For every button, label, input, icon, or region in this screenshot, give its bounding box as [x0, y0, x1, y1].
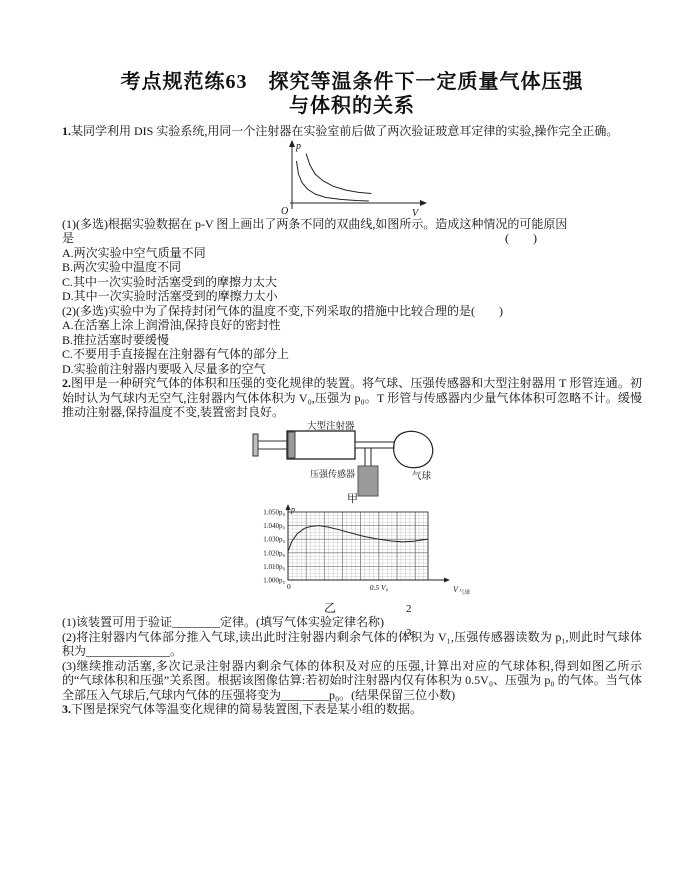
graph2-caption: 乙 — [240, 601, 420, 616]
title-line-2: 与体积的关系 — [62, 94, 642, 118]
q1-sub2-option-d: D.实验前注射器内要吸入尽量多的空气 — [62, 362, 642, 377]
question-3-number: 3. — [62, 702, 71, 716]
graph2-ytick-5: 1.000p₀ — [263, 576, 285, 584]
syringe-label: 大型注射器 — [307, 420, 355, 432]
q2-sub1: (1)该装置可用于验证________定律。(填写气体实验定律名称) — [62, 615, 642, 630]
graph2-ytick-2: 1.030p₀ — [263, 535, 285, 543]
graph2-ytick-3: 1.020p₀ — [263, 549, 285, 557]
t-tube-vertical — [365, 448, 371, 466]
q1-sub1-answer-bracket: ( ) — [505, 231, 537, 246]
syringe-plunger-seal — [288, 432, 295, 458]
title-line-1: 考点规范练63 探究等温条件下一定质量气体压强 — [62, 70, 642, 94]
question-2-intro: 2.图甲是一种研究气体的体积和压强的变化规律的装置。将气球、压强传感器和大型注射… — [62, 376, 642, 420]
q1-sub1-line2-text: 是 — [62, 231, 74, 246]
q1-sub1-option-b: B.两次实验中温度不同 — [62, 260, 642, 275]
apparatus-caption: 甲 — [347, 492, 358, 504]
pv-graph-figure: p V O — [62, 139, 642, 217]
question-3-intro: 3.下图是探究气体等温变化规律的简易装置图,下表是某小组的数据。 — [62, 702, 642, 717]
q1-sub1-line1: (1)(多选)根据实验数据在 p-V 图上画出了两条不同的双曲线,如图所示。造成… — [62, 217, 642, 232]
pv-x-arrow-icon — [420, 200, 427, 206]
content-column: 考点规范练63 探究等温条件下一定质量气体压强 与体积的关系 1.某同学利用 D… — [0, 0, 700, 717]
question-3-intro-text: 下图是探究气体等温变化规律的简易装置图,下表是某小组的数据。 — [71, 702, 422, 716]
graph2-curve — [288, 525, 428, 551]
page-mark-2: 2 — [406, 597, 412, 621]
balloon-pressure-graph-figure: p 1.050p₀ 1.040p₀ 1.030p₀ 1.020p₀ 1.010p… — [62, 504, 642, 616]
pressure-sensor-label: 压强传感器 — [310, 468, 355, 479]
apparatus-figure: 大型注射器 压强传感器 气球 甲 — [62, 420, 642, 504]
q1-sub2-line: (2)(多选)实验中为了保持封闭气体的温度不变,下列采取的措施中比较合理的是( … — [62, 304, 642, 319]
q1-sub1-option-c: C.其中一次实验时活塞受到的摩擦力太大 — [62, 275, 642, 290]
q2-sub3: (3)继续推动活塞,多次记录注射器内剩余气体的体积及对应的压强,计算出对应的气球… — [62, 659, 642, 703]
pv-y-arrow-icon — [289, 140, 295, 147]
balloon-shape — [394, 431, 433, 467]
question-1-number: 1. — [62, 124, 71, 138]
question-2-intro-text: 图甲是一种研究气体的体积和压强的变化规律的装置。将气球、压强传感器和大型注射器用… — [62, 376, 642, 419]
syringe-barrel — [287, 431, 355, 459]
column-page-marks: 2 3 — [406, 597, 412, 645]
syringe-handle — [253, 434, 258, 456]
graph2-ylabel: p — [290, 505, 295, 514]
pv-ylabel: p — [295, 141, 301, 152]
page-mark-3: 3 — [406, 621, 412, 645]
graph2-grid-minor — [288, 512, 428, 580]
pv-xlabel: V — [412, 208, 420, 217]
apparatus-svg: 大型注射器 压强传感器 气球 甲 — [247, 420, 477, 504]
graph2-xtick-0: 0 — [287, 582, 291, 591]
question-1-intro: 1.某同学利用 DIS 实验系统,用同一个注射器在实验室前后做了两次验证玻意耳定… — [62, 124, 642, 139]
pv-curve — [306, 153, 371, 193]
balloon-label: 气球 — [412, 470, 432, 482]
syringe-rod — [258, 441, 287, 449]
pressure-sensor-box — [358, 466, 378, 496]
q1-sub2-option-c: C.不要用手直接握在注射器有气体的部分上 — [62, 347, 642, 362]
q1-sub2-option-a: A.在活塞上涂上润滑油,保持良好的密封性 — [62, 318, 642, 333]
graph2-ytick-0: 1.050p₀ — [263, 508, 285, 516]
q1-sub2-text: (2)(多选)实验中为了保持封闭气体的温度不变,下列采取的措施中比较合理的是 — [62, 304, 471, 318]
pv-graph-svg: p V O — [262, 139, 442, 217]
graph2-xtick-05: 0.5 V₀ — [370, 583, 389, 592]
graph2-y-arrow-icon — [286, 504, 291, 510]
question-1-intro-text: 某同学利用 DIS 实验系统,用同一个注射器在实验室前后做了两次验证玻意耳定律的… — [71, 124, 618, 138]
balloon-pressure-graph-svg: p 1.050p₀ 1.040p₀ 1.030p₀ 1.020p₀ 1.010p… — [240, 504, 475, 604]
q1-sub2-option-b: B.推拉活塞时要缓慢 — [62, 333, 642, 348]
q2-sub2: (2)将注射器内气体部分推入气球,读出此时注射器内剩余气体的体积为 V₁,压强传… — [62, 630, 642, 659]
worksheet-page: 考点规范练63 探究等温条件下一定质量气体压强 与体积的关系 1.某同学利用 D… — [0, 0, 700, 877]
pv-curve — [297, 161, 369, 201]
t-tube-horizontal — [355, 442, 394, 448]
q1-sub1-option-d: D.其中一次实验时活塞受到的摩擦力太小 — [62, 289, 642, 304]
page-title: 考点规范练63 探究等温条件下一定质量气体压强 与体积的关系 — [62, 70, 642, 118]
q1-sub1-option-a: A.两次实验中空气质量不同 — [62, 246, 642, 261]
graph2-xlabel-sub: 气球 — [459, 588, 471, 596]
graph2-ytick-4: 1.010p₀ — [263, 562, 285, 570]
pv-origin-label: O — [281, 206, 288, 217]
question-2-number: 2. — [62, 376, 71, 390]
q1-sub1-line2: 是 ( ) — [62, 231, 642, 246]
q1-sub2-answer-bracket: ( ) — [471, 304, 503, 318]
graph2-ytick-1: 1.040p₀ — [263, 522, 285, 530]
graph2-x-arrow-icon — [444, 577, 450, 582]
